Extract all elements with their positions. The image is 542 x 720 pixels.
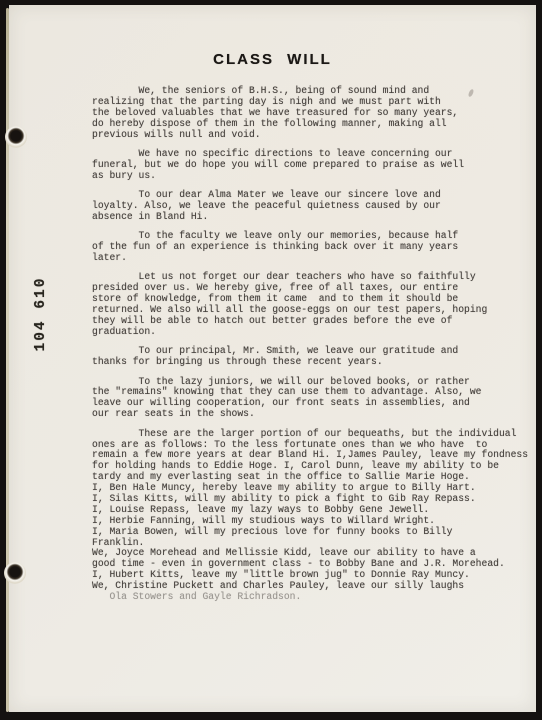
paragraph: We have no specific directions to leave … — [92, 149, 536, 182]
text-line: funeral, but we do hope you will come pr… — [92, 160, 536, 171]
text-line: they will be able to hatch out better gr… — [92, 316, 536, 327]
paragraph: We, the seniors of B.H.S., being of soun… — [92, 86, 536, 140]
page-title: CLASS WILL — [9, 51, 536, 68]
document-body: We, the seniors of B.H.S., being of soun… — [92, 86, 536, 611]
text-line: our rear seats in the shows. — [92, 409, 536, 420]
hole-punch-top — [5, 126, 27, 148]
hole-punch-bottom — [4, 562, 26, 584]
text-line: I, Maria Bowen, will my precious love fo… — [92, 527, 536, 538]
text-line: later. — [92, 253, 536, 264]
margin-stamp: 104 610 — [33, 269, 53, 359]
text-line: do hereby dispose of them in the followi… — [92, 119, 536, 130]
text-line: graduation. — [92, 327, 536, 338]
text-line: Ola Stowers and Gayle Richradson. — [92, 592, 536, 603]
paragraph: To our principal, Mr. Smith, we leave ou… — [92, 346, 536, 368]
paragraph: Let us not forget our dear teachers who … — [92, 272, 536, 337]
text-line: previous wills null and void. — [92, 130, 536, 141]
paragraph: These are the larger portion of our bequ… — [92, 429, 536, 603]
document-page: CLASS WILL We, the seniors of B.H.S., be… — [9, 5, 536, 712]
paragraph: To the faculty we leave only our memorie… — [92, 231, 536, 264]
text-line: of the fun of an experience is thinking … — [92, 242, 536, 253]
paragraph: To our dear Alma Mater we leave our sinc… — [92, 190, 536, 223]
text-line: absence in Bland Hi. — [92, 212, 536, 223]
text-line: as bury us. — [92, 171, 536, 182]
text-line: These are the larger portion of our bequ… — [92, 429, 536, 440]
text-line: thanks for bringing us through these rec… — [92, 357, 536, 368]
scan-background: CLASS WILL We, the seniors of B.H.S., be… — [0, 0, 542, 720]
paragraph: To the lazy juniors, we will our beloved… — [92, 377, 536, 421]
